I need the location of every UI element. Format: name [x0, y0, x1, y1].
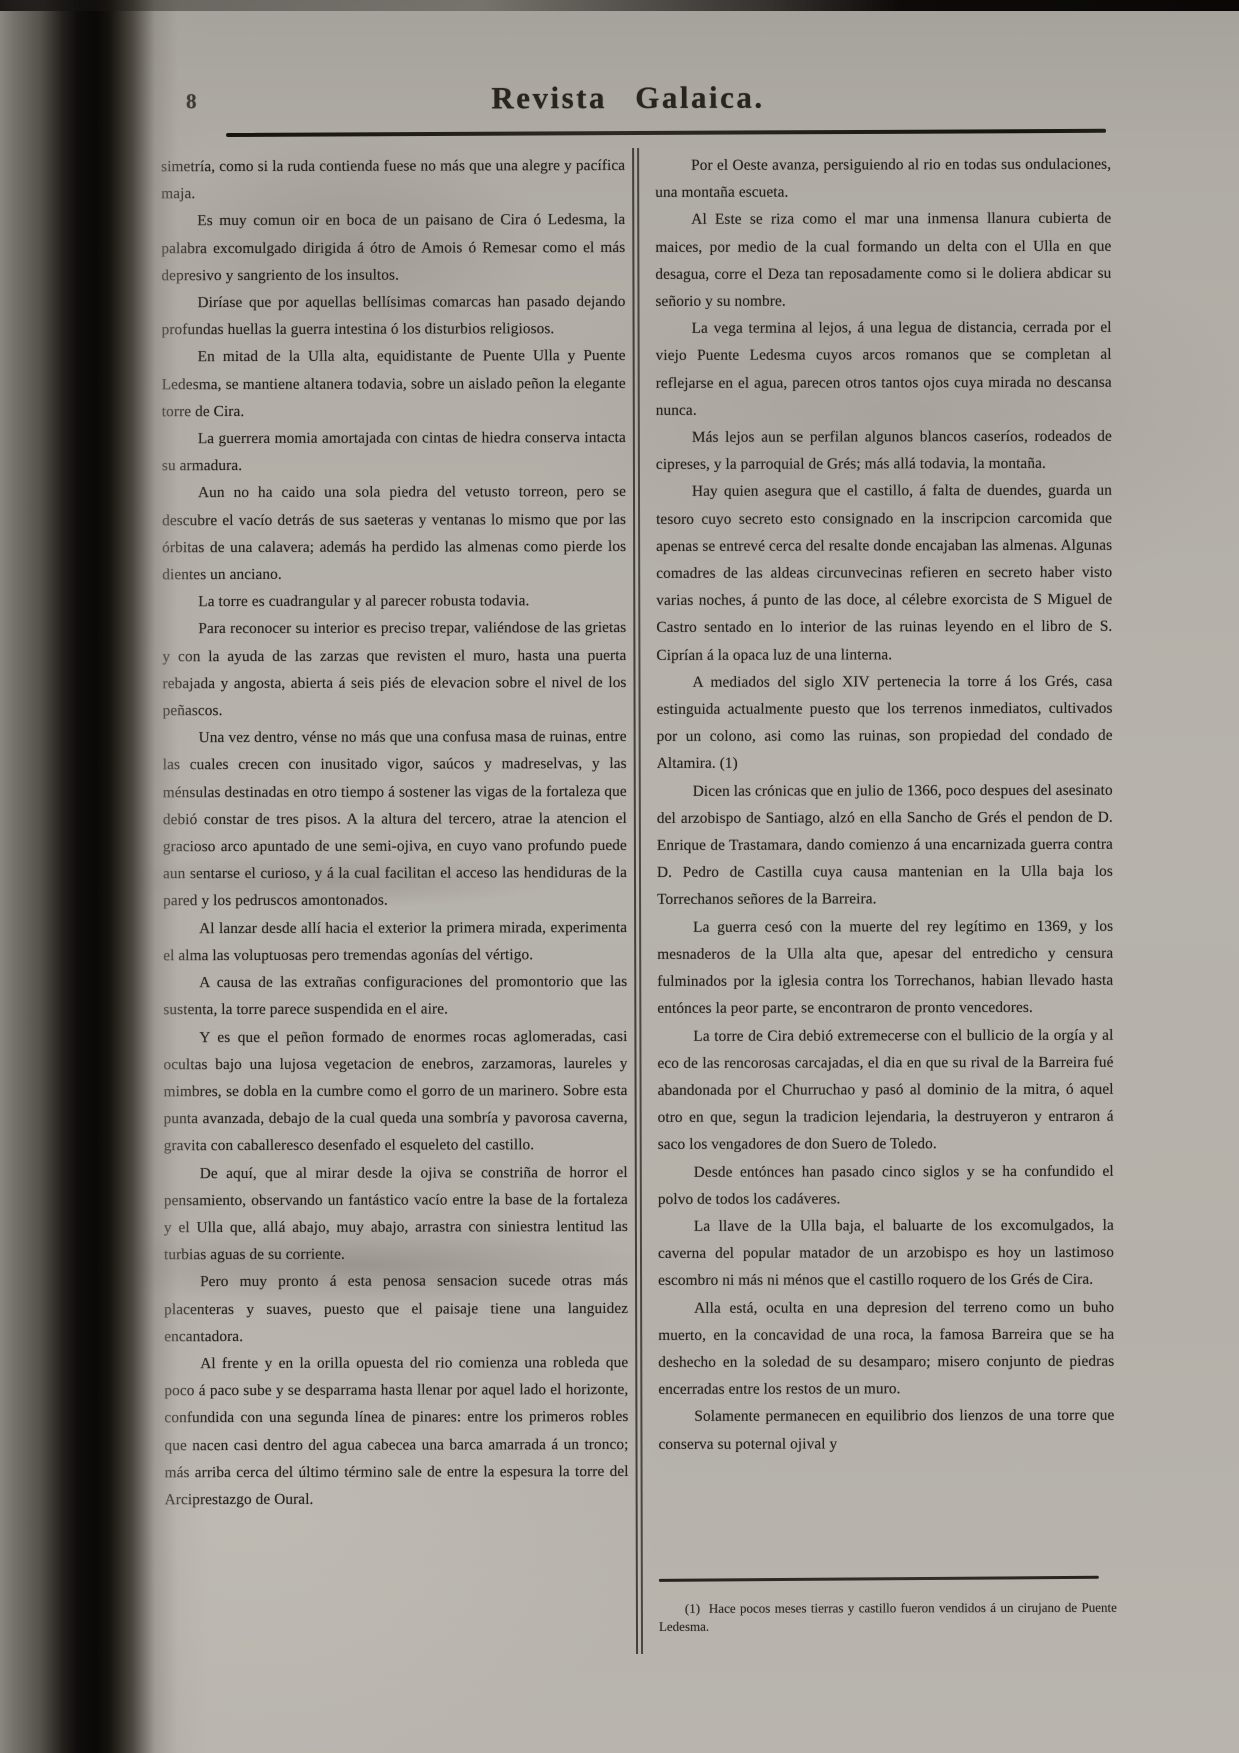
- page-number: 8: [186, 89, 197, 114]
- paragraph: La vega termina al lejos, á una legua de…: [656, 314, 1112, 424]
- paragraph: Aun no ha caido una sola piedra del vetu…: [162, 478, 626, 588]
- paragraph: Dicen las crónicas que en julio de 1366,…: [657, 776, 1113, 913]
- paragraph: La guerra cesó con la muerte del rey leg…: [657, 912, 1113, 1022]
- footnote: (1) Hace pocos meses tierras y castillo …: [659, 1599, 1117, 1635]
- paragraph: A causa de las extrañas configuraciones …: [163, 968, 627, 1024]
- scanned-page: 8 Revista Galaica. simetría, como si la …: [0, 0, 1239, 1753]
- column-divider: [632, 148, 643, 1654]
- footnote-marker: (1): [685, 1601, 700, 1616]
- paragraph: Más lejos aun se perfilan algunos blanco…: [656, 423, 1112, 479]
- paragraph: Una vez dentro, vénse no más que una con…: [163, 723, 627, 915]
- paragraph: La guerrera momia amortajada con cintas …: [162, 424, 626, 480]
- paragraph: Es muy comun oir en boca de un paisano d…: [161, 206, 625, 289]
- footnote-text: Hace pocos meses tierras y castillo fuer…: [659, 1600, 1117, 1634]
- paragraph: La torre es cuadrangular y al parecer ro…: [162, 587, 626, 615]
- paragraph: Alla está, oculta en una depresion del t…: [658, 1293, 1114, 1403]
- paragraph: Para reconocer su interior es preciso tr…: [162, 614, 626, 724]
- header-rule: [226, 129, 1106, 137]
- paragraph: simetría, como si la ruda contienda fues…: [161, 152, 625, 208]
- left-column: simetría, como si la ruda contienda fues…: [161, 152, 629, 1605]
- paragraph: Al Este se riza como el mar una inmensa …: [655, 205, 1111, 315]
- paragraph: La llave de la Ulla baja, el baluarte de…: [658, 1212, 1114, 1295]
- paragraph: Solamente permanecen en equilibrio dos l…: [658, 1402, 1114, 1458]
- paragraph: Hay quien asegura que el castillo, á fal…: [656, 477, 1112, 669]
- paragraph: Al lanzar desde allí hacia el exterior l…: [163, 914, 627, 970]
- paragraph: Desde entónces han pasado cinco siglos y…: [658, 1157, 1114, 1213]
- paragraph: Al frente y en la orilla opuesta del rio…: [164, 1349, 628, 1513]
- paragraph: La torre de Cira debió extremecerse con …: [657, 1021, 1113, 1158]
- page-content: 8 Revista Galaica. simetría, como si la …: [0, 0, 1239, 1753]
- paragraph: Y es que el peñon formado de enormes roc…: [163, 1022, 627, 1159]
- paragraph: Diríase que por aquellas bellísimas coma…: [161, 288, 625, 344]
- paragraph: De aquí, que al mirar desde la ojiva se …: [164, 1158, 628, 1268]
- footnote-rule: [659, 1576, 1099, 1582]
- paragraph: En mitad de la Ulla alta, equidistante d…: [162, 342, 626, 425]
- paragraph: A mediados del siglo XIV pertenecia la t…: [656, 668, 1112, 778]
- right-column: Por el Oeste avanza, persiguiendo al rio…: [655, 151, 1115, 1574]
- paragraph: Por el Oeste avanza, persiguiendo al rio…: [655, 151, 1111, 207]
- masthead-title: Revista Galaica.: [298, 79, 958, 117]
- paragraph: Pero muy pronto á esta penosa sensacion …: [164, 1267, 628, 1350]
